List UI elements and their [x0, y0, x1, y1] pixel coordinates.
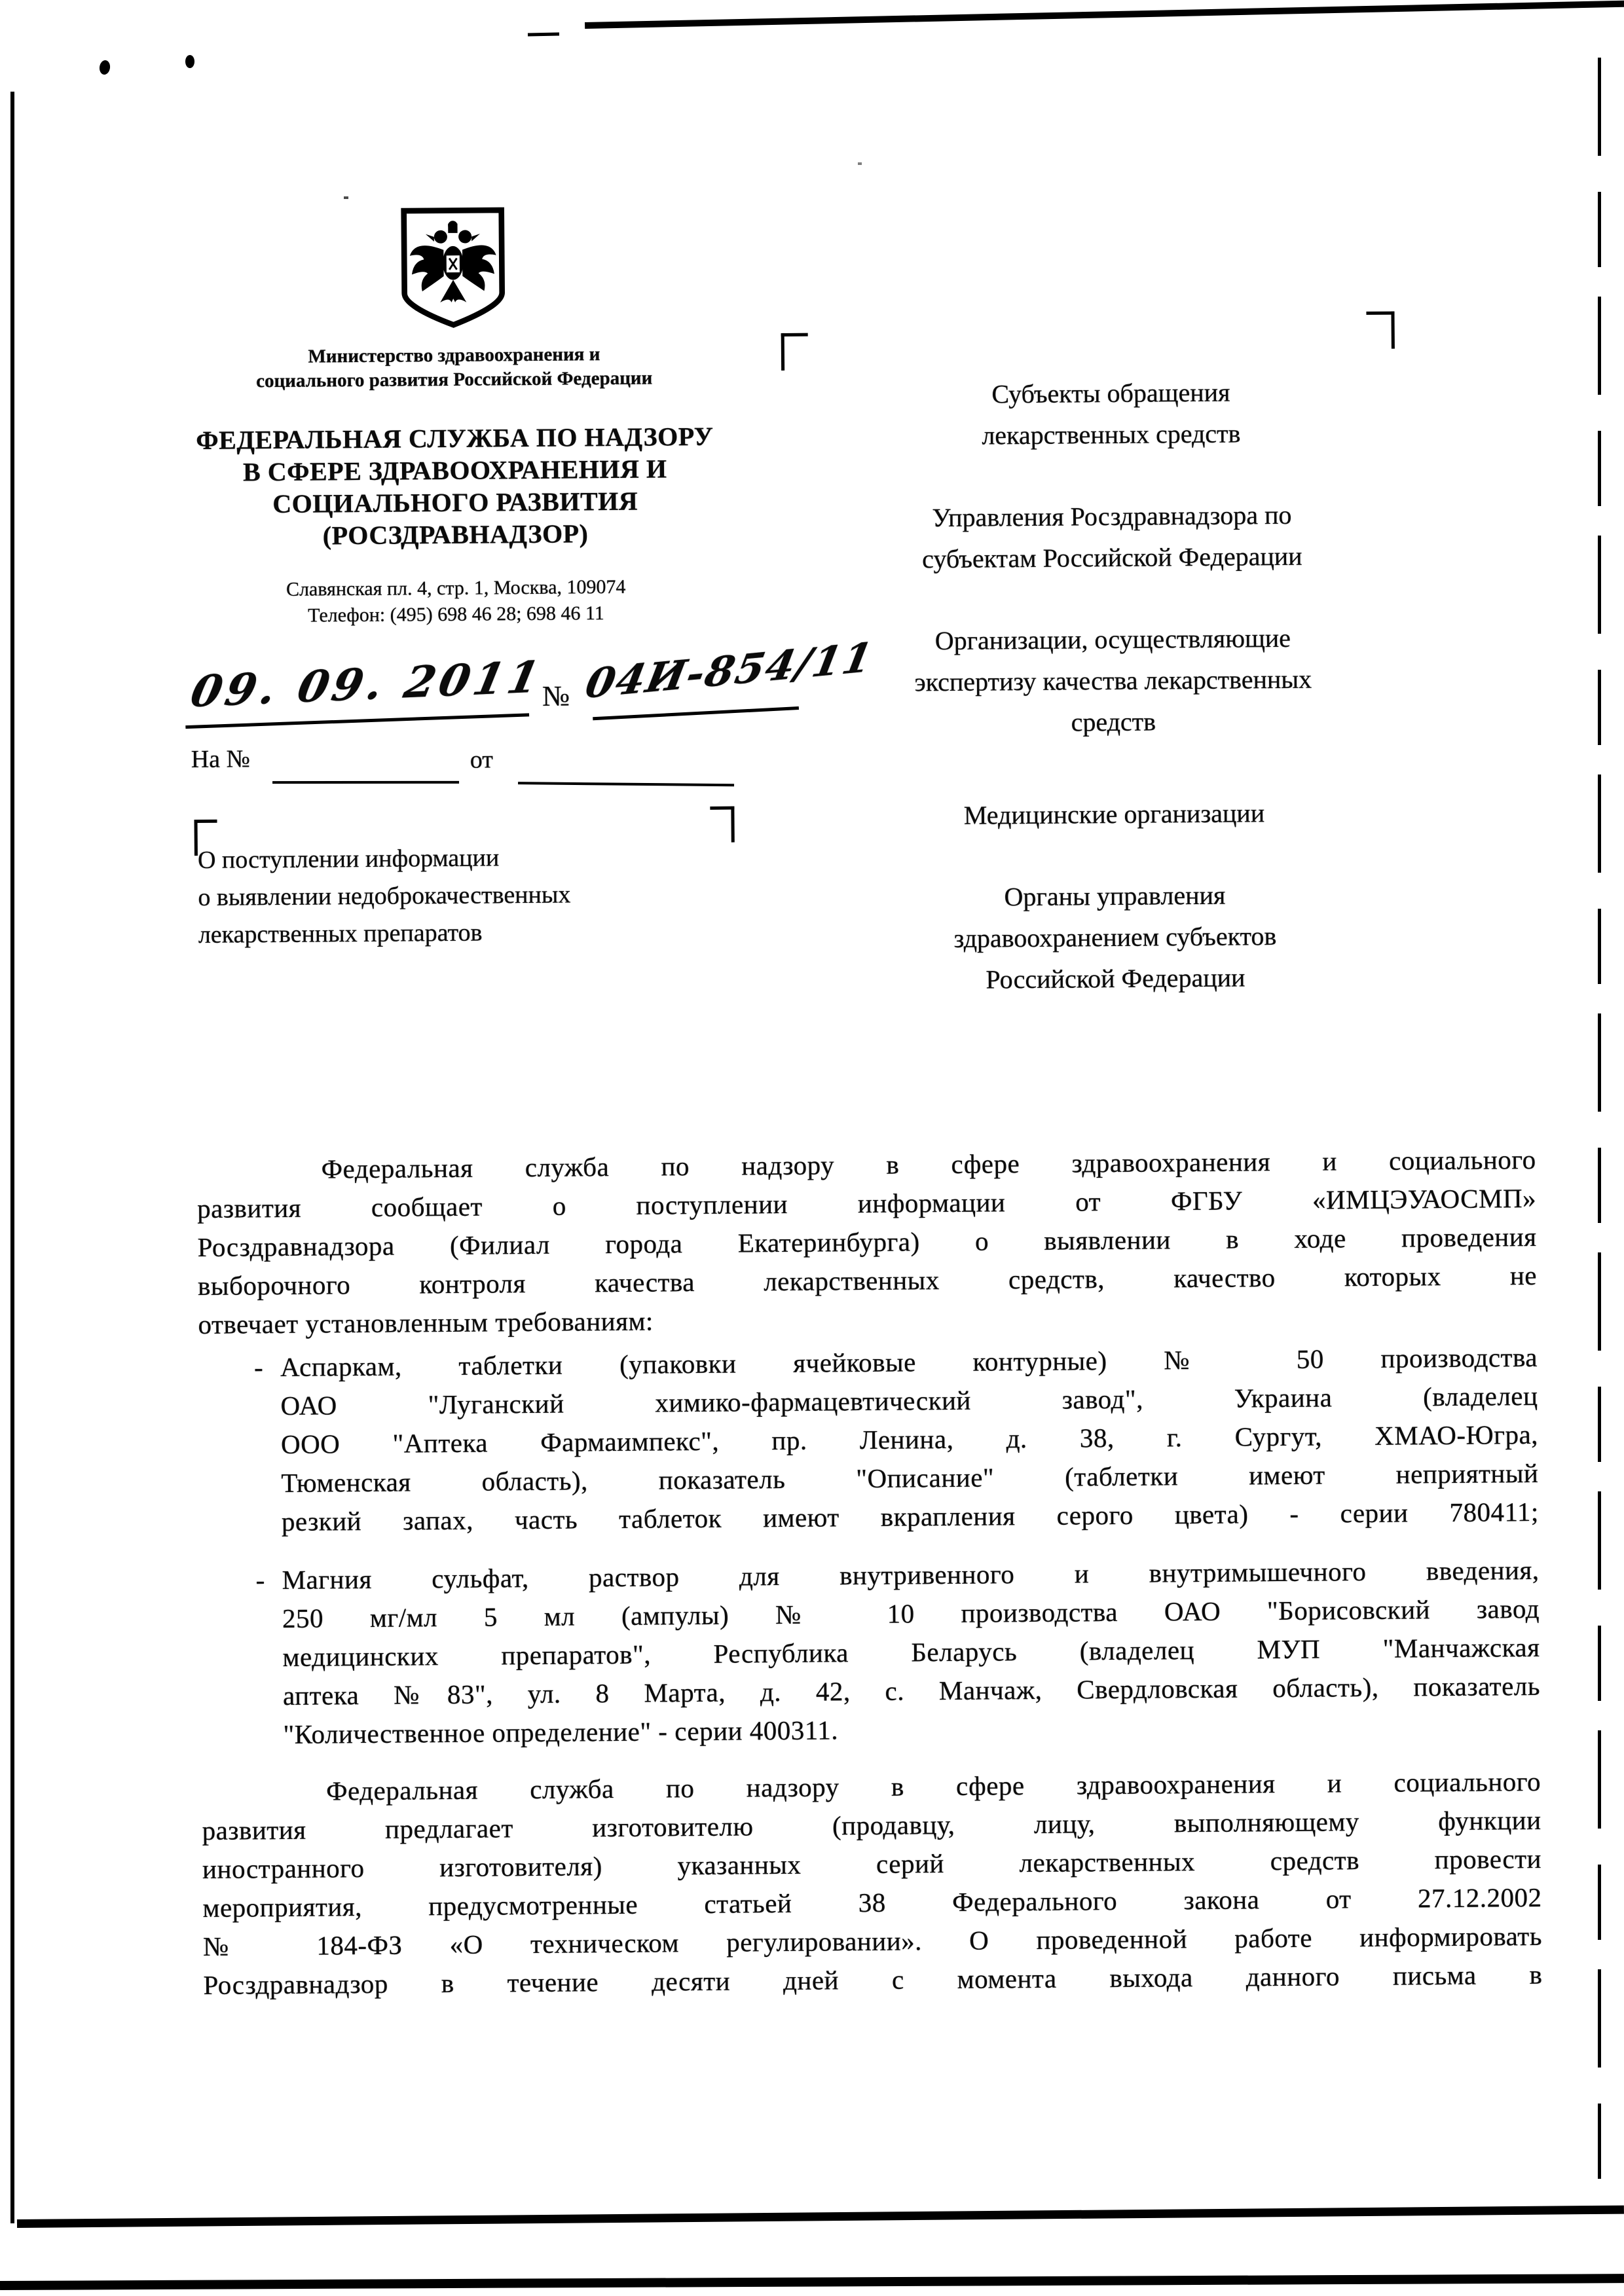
- bullet-dash: -: [254, 1348, 263, 1387]
- letter-date-handwritten: 09. 09. 2011: [187, 651, 548, 718]
- service-phone: Телефон: (495) 698 46 28; 698 46 11: [179, 600, 733, 630]
- recipient-line: субъектам Российской Федерации: [824, 535, 1400, 581]
- recipient-line: здравоохранением субъектов: [827, 915, 1403, 960]
- body-paragraph-2: Федеральная служба по надзору в сфере зд…: [202, 1762, 1543, 2005]
- service-name-line2: В СФЕРЕ ЗДРАВООХРАНЕНИЯ И: [178, 452, 731, 489]
- subject-line: лекарственных препаратов: [198, 913, 709, 954]
- service-name-line4: (РОСЗДРАВНАДЗОР): [179, 517, 732, 553]
- list-item-asparkam: - Аспаркам, таблетки (упаковки ячейковые…: [280, 1338, 1539, 1541]
- recipient-group: Органы управления здравоохранением субъе…: [826, 873, 1403, 1002]
- subject-block: О поступлении информации о выявлении нед…: [198, 838, 709, 954]
- service-name-line3: СОЦИАЛЬНОГО РАЗВИТИЯ: [179, 484, 732, 521]
- scanned-letter-page: { "letterhead": { "ministry_line1": "Мин…: [0, 0, 1624, 2296]
- number-underline: [593, 706, 799, 720]
- recipient-group: Управления Росздравнадзора по субъектам …: [824, 494, 1401, 581]
- coat-of-arms-icon: [396, 204, 510, 331]
- recipient-group: Субъекты обращения лекарственных средств: [822, 371, 1399, 458]
- bullet-dash: -: [255, 1561, 265, 1599]
- body-paragraph-1: Федеральная служба по надзору в сфере зд…: [196, 1140, 1537, 1344]
- reply-ref-label: На №: [191, 744, 250, 774]
- list-item-magnesium-sulfate: - Магния сульфат, раствор для внутривенн…: [282, 1551, 1540, 1754]
- letter-content: Министерство здравоохранения и социально…: [0, 0, 1624, 2296]
- service-address-block: Славянская пл. 4, стр. 1, Москва, 109074…: [179, 574, 733, 630]
- subject-line: о выявлении недоброкачественных: [198, 875, 709, 917]
- service-address: Славянская пл. 4, стр. 1, Москва, 109074: [179, 574, 733, 604]
- ministry-name-line2: социального развития Российской Федераци…: [177, 366, 731, 395]
- ministry-name: Министерство здравоохранения и социально…: [177, 342, 731, 395]
- reply-ref-underline: [272, 781, 459, 784]
- letter-number-sign: №: [542, 680, 570, 713]
- recipient-corner-left: [781, 333, 808, 371]
- recipient-line: Субъекты обращения: [822, 371, 1399, 416]
- recipient-line: Организации, осуществляющие: [824, 617, 1401, 663]
- service-name: ФЕДЕРАЛЬНАЯ СЛУЖБА ПО НАДЗОРУ В СФЕРЕ ЗД…: [178, 420, 733, 553]
- recipient-line: средств: [825, 699, 1401, 745]
- service-name-line1: ФЕДЕРАЛЬНАЯ СЛУЖБА ПО НАДЗОРУ: [178, 420, 731, 457]
- recipient-corner-right: [1366, 312, 1394, 349]
- recipient-line: Российской Федерации: [827, 956, 1403, 1002]
- date-underline: [185, 713, 529, 729]
- recipients-list: Субъекты обращения лекарственных средств…: [822, 371, 1404, 1042]
- recipient-group: Организации, осуществляющие экспертизу к…: [824, 617, 1401, 745]
- recipient-line: Органы управления: [826, 873, 1403, 919]
- recipient-line: Управления Росздравнадзора по: [824, 494, 1400, 539]
- recipient-line: экспертизу качества лекарственных: [825, 658, 1401, 704]
- subject-corner-right: [710, 807, 734, 843]
- recipient-line: Медицинские организации: [826, 792, 1402, 837]
- reply-date-underline: [518, 782, 734, 786]
- reply-date-label: от: [470, 745, 493, 774]
- subject-line: О поступлении информации: [198, 838, 709, 879]
- recipient-group: Медицинские организации: [826, 792, 1402, 837]
- recipient-line: лекарственных средств: [823, 412, 1399, 458]
